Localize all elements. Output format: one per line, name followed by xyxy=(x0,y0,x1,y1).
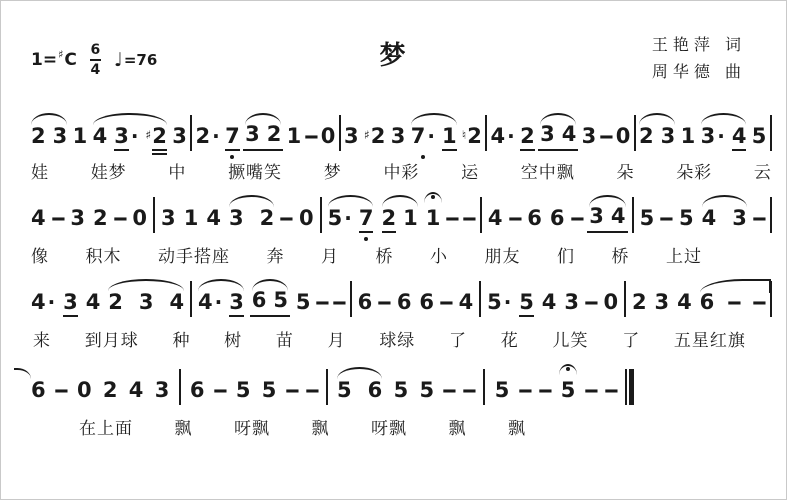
beam-group: 0 xyxy=(602,292,621,317)
beam-group: - xyxy=(463,208,476,233)
barline xyxy=(770,115,772,151)
note-item: 3 xyxy=(389,105,408,151)
note: 4 xyxy=(542,292,557,317)
note-item: 0 xyxy=(319,105,338,151)
note-glyph: 4 xyxy=(459,292,474,317)
note-glyph: 1 xyxy=(287,126,302,151)
lyric-syllable: 了 xyxy=(449,326,467,351)
note: - xyxy=(307,126,316,151)
note-item: 3 xyxy=(61,271,80,317)
note-glyph: - xyxy=(461,208,478,233)
note-item: - xyxy=(286,359,299,405)
note: ♯2 xyxy=(145,126,166,151)
lyric-syllable: 们 xyxy=(557,242,575,267)
note: - xyxy=(288,380,297,405)
note-glyph: 5 xyxy=(679,208,694,233)
note-item: - xyxy=(55,359,68,405)
beam-group: 3 xyxy=(170,126,189,151)
note: - xyxy=(442,292,451,317)
note-glyph: 4 xyxy=(702,208,717,233)
beam-group: 1 xyxy=(424,208,443,233)
note: 4 xyxy=(702,208,717,233)
note: 5 xyxy=(296,292,311,317)
note-glyph: 5 xyxy=(640,208,655,233)
note-item: - xyxy=(509,187,522,233)
note-item: 1 xyxy=(182,187,201,233)
note-glyph: 0 xyxy=(616,126,631,151)
beam-group: - xyxy=(52,208,65,233)
beam-group: 3·4 xyxy=(699,126,749,151)
note-item: 6 xyxy=(188,359,207,405)
note-glyph: 2 xyxy=(93,208,108,233)
note-glyph: - xyxy=(303,126,320,151)
note: 0 xyxy=(604,292,619,317)
augmentation-dot: · xyxy=(131,126,139,146)
note-glyph: - xyxy=(284,380,301,405)
note: - xyxy=(57,380,66,405)
note-group: 5·7 xyxy=(326,187,376,233)
beam-group: 3 xyxy=(580,126,599,151)
barline xyxy=(479,281,481,317)
beam-group: - xyxy=(600,126,613,151)
note-glyph: - xyxy=(376,292,393,317)
note-glyph: 5 xyxy=(561,380,576,405)
beam-group: 5 xyxy=(750,126,769,151)
lyric-syllable: 月 xyxy=(328,326,346,351)
note-glyph: 1 xyxy=(442,126,457,151)
note: 5 xyxy=(394,380,409,405)
note-glyph: 2 xyxy=(520,126,535,151)
beam-group: - xyxy=(114,208,127,233)
beam-group: - xyxy=(306,380,319,405)
note-glyph: 3 xyxy=(53,126,68,151)
note: - xyxy=(308,380,317,405)
notation-line-4: 6-02436-55--5655--5--5-- xyxy=(29,353,634,405)
note-group: 43 xyxy=(700,187,749,233)
beam-group: - xyxy=(605,380,618,405)
note-item: - xyxy=(316,271,329,317)
note: 4 xyxy=(86,292,101,317)
note-glyph: 3 xyxy=(70,208,85,233)
note-glyph: - xyxy=(315,292,332,317)
beam-group: 3 xyxy=(159,208,178,233)
note-glyph: - xyxy=(751,292,768,317)
lyric-syllable: 儿笑 xyxy=(552,326,588,351)
beam-group: 2 xyxy=(101,380,120,405)
note: 3 xyxy=(564,292,579,317)
note-item: 4· xyxy=(489,105,517,151)
beam-group: 5·7 xyxy=(326,208,376,233)
composer-credit: 周华德 曲 xyxy=(652,58,746,85)
note-item: 3 xyxy=(68,187,87,233)
note-item: - xyxy=(52,187,65,233)
lyric-syllable: 了 xyxy=(622,326,640,351)
note: - xyxy=(448,208,457,233)
note-glyph: 3 xyxy=(582,126,597,151)
lyric-syllable: 来 xyxy=(33,326,51,351)
beam-group: 34 xyxy=(587,206,627,233)
note-glyph: - xyxy=(537,380,554,405)
note-group: 32 xyxy=(227,187,276,233)
note-glyph: - xyxy=(112,208,129,233)
lyric-syllable: 中彩 xyxy=(383,158,419,183)
note: 1 xyxy=(442,126,457,151)
note: - xyxy=(318,292,327,317)
beam-group: 1 xyxy=(285,126,304,151)
note: 1 xyxy=(426,208,441,233)
note-item: - xyxy=(463,187,476,233)
lyric-syllable: 苗 xyxy=(276,326,294,351)
note: 3 xyxy=(582,126,597,151)
note-item: - xyxy=(571,187,584,233)
lyric-syllable: 空中飘 xyxy=(521,158,575,183)
beam-group: 6 xyxy=(417,292,436,317)
note-item: - xyxy=(753,187,766,233)
note-glyph: 2 xyxy=(152,126,167,151)
beam-group: - xyxy=(519,380,532,405)
note-glyph: 3 xyxy=(114,126,129,151)
note-glyph: 1 xyxy=(681,126,696,151)
beam-group: 0 xyxy=(130,208,149,233)
note: 5 xyxy=(679,208,694,233)
note-glyph: 6 xyxy=(358,292,373,317)
lyric-syllable: 积木 xyxy=(86,242,122,267)
note-item: 3 xyxy=(562,271,581,317)
beam-group: 6 xyxy=(29,380,48,405)
note: 1 xyxy=(287,126,302,151)
note: 3 xyxy=(391,126,406,151)
barline xyxy=(326,369,328,405)
note-item: 7 xyxy=(223,105,242,151)
note: 2 xyxy=(382,208,397,233)
note: 3 xyxy=(139,292,154,317)
lyric-syllable: 像 xyxy=(31,242,49,267)
beam-group: 56 xyxy=(335,380,384,405)
note-glyph: 6 xyxy=(527,208,542,233)
beam-group: 6 xyxy=(188,380,207,405)
note: 2 xyxy=(632,292,647,317)
note-glyph: 4 xyxy=(170,292,185,317)
note: 1 xyxy=(184,208,199,233)
note: 5 xyxy=(752,126,767,151)
note: 1 xyxy=(681,126,696,151)
note: 3 xyxy=(589,206,604,231)
note: 2 xyxy=(520,126,535,151)
note: - xyxy=(541,380,550,405)
beam-group: 6-- xyxy=(698,292,766,317)
note-item: 5 xyxy=(559,359,578,405)
note-glyph: 3 xyxy=(172,126,187,151)
note-item: 4 xyxy=(486,187,505,233)
note: 7 xyxy=(359,208,374,233)
note-item: 4 xyxy=(29,187,48,233)
lyric-syllable: 飘 xyxy=(449,414,467,439)
note-item: 6 xyxy=(29,359,48,405)
note-glyph: 4 xyxy=(129,380,144,405)
note-glyph: 2 xyxy=(467,126,482,151)
lyric-syllable: 在上面 xyxy=(79,414,133,439)
beam-group: - xyxy=(286,380,299,405)
lyric-syllable: 树 xyxy=(224,326,242,351)
notation-line-2: 4-32-031432-05·7211--4-66-345-543- xyxy=(29,181,772,233)
note-glyph: 6 xyxy=(419,292,434,317)
note-item: 6 xyxy=(417,271,436,317)
lyric-syllable: 上过 xyxy=(666,242,702,267)
beam-group: 1 xyxy=(182,208,201,233)
beam-group: 21 xyxy=(380,208,420,233)
note-glyph: - xyxy=(726,292,743,317)
note-item: - xyxy=(585,359,598,405)
barline xyxy=(350,281,352,317)
note: - xyxy=(521,380,530,405)
note-glyph: 2 xyxy=(196,126,211,151)
note: 3 xyxy=(344,126,359,151)
lyric-syllable: 花 xyxy=(501,326,519,351)
note-glyph: - xyxy=(507,208,524,233)
note-glyph: 3 xyxy=(732,208,747,233)
note: - xyxy=(573,208,582,233)
barline xyxy=(485,115,487,151)
note-glyph: 6 xyxy=(368,380,383,405)
beam-group: 3 xyxy=(389,126,408,151)
tie-in-icon xyxy=(14,368,31,379)
note-item: 0 xyxy=(297,187,316,233)
note-glyph: 2 xyxy=(267,124,282,149)
beam-group: 5 xyxy=(493,380,512,405)
beam-group: 1 xyxy=(679,126,698,151)
beam-group: 4 xyxy=(127,380,146,405)
note-glyph: 2 xyxy=(382,208,397,233)
note: 5· xyxy=(487,292,511,317)
note: 6 xyxy=(31,380,46,405)
beam-group: - xyxy=(378,292,391,317)
note: 4 xyxy=(459,292,474,317)
note-glyph: - xyxy=(438,292,455,317)
note-glyph: 6 xyxy=(190,380,205,405)
note-glyph: 5 xyxy=(273,290,288,315)
note-item: 4 xyxy=(127,359,146,405)
beam-group: 3 xyxy=(61,292,80,317)
note-item: 5 xyxy=(517,271,536,317)
note-glyph: 0 xyxy=(321,126,336,151)
note: 5 xyxy=(273,290,288,315)
note-glyph: 6 xyxy=(700,292,715,317)
note-group: 3·4 xyxy=(699,105,749,151)
note-item: 4 xyxy=(204,187,223,233)
beam-group: 6 xyxy=(395,292,414,317)
note-glyph: 1 xyxy=(426,208,441,233)
note-glyph: - xyxy=(569,208,586,233)
note-item: 4· xyxy=(29,271,57,317)
note: 1 xyxy=(403,208,418,233)
note-glyph: 2 xyxy=(108,292,123,317)
note-item: 2· xyxy=(194,105,222,151)
note-group: 56 xyxy=(335,359,384,405)
lyric-syllable: 飘 xyxy=(312,414,330,439)
note: 3 xyxy=(70,208,85,233)
note-glyph: 5 xyxy=(519,292,534,317)
note: 0 xyxy=(299,208,314,233)
beam-group: - xyxy=(660,208,673,233)
note-group: 21 xyxy=(380,187,420,233)
augmentation-dot: · xyxy=(717,126,725,146)
note-glyph: 7 xyxy=(411,126,426,151)
note-glyph: 4 xyxy=(611,206,626,231)
accidental-icon: ♯ xyxy=(145,129,151,141)
note-glyph: 3 xyxy=(161,208,176,233)
note-item: 0 xyxy=(130,187,149,233)
note-glyph: 3 xyxy=(391,126,406,151)
note: 6 xyxy=(550,208,565,233)
note-item: - xyxy=(519,359,532,405)
note-glyph: - xyxy=(583,292,600,317)
beam-group: - xyxy=(305,126,318,151)
note-glyph: - xyxy=(304,380,321,405)
accidental-icon: ♯ xyxy=(364,129,370,141)
note-glyph: 7 xyxy=(359,208,374,233)
barline xyxy=(339,115,341,151)
beam-group: 3 xyxy=(68,208,87,233)
lyric-syllable: 呀飘 xyxy=(234,414,270,439)
note: 2 xyxy=(31,126,46,151)
note: 4· xyxy=(31,292,55,317)
note: 2 xyxy=(267,124,282,149)
note: - xyxy=(445,380,454,405)
note: 2 xyxy=(639,126,654,151)
note-glyph: - xyxy=(598,126,615,151)
augmentation-dot: · xyxy=(48,292,56,312)
beam-group: 3 xyxy=(653,292,672,317)
note-glyph: 1 xyxy=(403,208,418,233)
note: 5 xyxy=(640,208,655,233)
note: 5 xyxy=(519,292,534,317)
note-item: 1 xyxy=(679,105,698,151)
beam-group: 2 xyxy=(518,126,537,151)
fermata-icon xyxy=(559,364,577,375)
note: ♯2 xyxy=(364,126,385,151)
note: 0 xyxy=(77,380,92,405)
note-glyph: 6 xyxy=(550,208,565,233)
note-glyph: 1 xyxy=(73,126,88,151)
beam-group: 4 xyxy=(540,292,559,317)
beam-group: 5 xyxy=(517,292,536,317)
beam-group: 4 xyxy=(29,208,48,233)
beam-group: 5 xyxy=(234,380,253,405)
note: 3 xyxy=(172,126,187,151)
note-group: 7·1 xyxy=(409,105,459,151)
augmentation-dot: · xyxy=(212,126,220,146)
note-glyph: - xyxy=(517,380,534,405)
note: 3 xyxy=(245,124,260,149)
note: - xyxy=(587,292,596,317)
note: 2 xyxy=(103,380,118,405)
note-glyph: 5 xyxy=(328,208,343,233)
lyric-syllable: 运 xyxy=(461,158,479,183)
beam-group: - xyxy=(316,292,329,317)
note-item: 1 xyxy=(285,105,304,151)
note: - xyxy=(380,292,389,317)
lyric-syllable: 娃梦 xyxy=(91,158,127,183)
lyric-syllable: 桥 xyxy=(612,242,630,267)
note: 3 xyxy=(229,292,244,317)
barline xyxy=(320,197,322,233)
lyric-syllable: 五星红旗 xyxy=(674,326,746,351)
beam-group: 32 xyxy=(227,208,276,233)
note-glyph: 5 xyxy=(752,126,767,151)
note: 3 xyxy=(63,292,78,317)
note: - xyxy=(511,208,520,233)
note-glyph: 3 xyxy=(564,292,579,317)
note-item: 5 xyxy=(294,271,313,317)
note-glyph: 5 xyxy=(495,380,510,405)
note-item: - xyxy=(539,359,552,405)
note-group: 234 xyxy=(106,271,186,317)
note: 3· xyxy=(114,126,138,151)
beam-group: 4· xyxy=(489,126,517,151)
barline xyxy=(624,281,626,317)
note-item: 3 xyxy=(580,105,599,151)
note-group: 23 xyxy=(637,105,677,151)
note: 6 xyxy=(527,208,542,233)
note-glyph: 4 xyxy=(488,208,503,233)
octave-dot xyxy=(364,237,368,241)
note-glyph: 3 xyxy=(344,126,359,151)
note-glyph: 0 xyxy=(299,208,314,233)
note-item: 4 xyxy=(457,271,476,317)
beam-group: 4 xyxy=(675,292,694,317)
note: 4 xyxy=(129,380,144,405)
note: - xyxy=(116,208,125,233)
note-item: - xyxy=(446,187,459,233)
note: - xyxy=(465,380,474,405)
beam-group: 4 xyxy=(204,208,223,233)
note-glyph: 0 xyxy=(132,208,147,233)
credits: 王艳萍 词 周华德 曲 xyxy=(652,31,746,85)
beam-group: 5 xyxy=(294,292,313,317)
note-glyph: - xyxy=(583,380,600,405)
note: - xyxy=(602,126,611,151)
note-item: - xyxy=(600,105,613,151)
beam-group: 2 xyxy=(630,292,649,317)
beam-group: 6 xyxy=(525,208,544,233)
note-item: - xyxy=(306,359,319,405)
note-glyph: - xyxy=(212,380,229,405)
note-item: - xyxy=(463,359,476,405)
beam-group: ♮2 xyxy=(460,126,484,151)
note-item: - xyxy=(214,359,227,405)
beam-group: 23 xyxy=(637,126,677,151)
note-glyph: 2 xyxy=(371,126,386,151)
note: - xyxy=(755,208,764,233)
note-glyph: 5 xyxy=(296,292,311,317)
note: - xyxy=(465,208,474,233)
note-glyph: 2 xyxy=(103,380,118,405)
beam-group: 5 xyxy=(392,380,411,405)
note-glyph: 4 xyxy=(732,126,747,151)
beam-group: 7 xyxy=(223,126,242,151)
note-group: 43·♯2 xyxy=(91,105,169,151)
notation-line-1: 23143·♯232·7321-03♯237·1♮24·2343-02313·4… xyxy=(29,99,772,151)
note-item: 4 xyxy=(84,271,103,317)
note-glyph: 4 xyxy=(677,292,692,317)
note: - xyxy=(587,380,596,405)
augmentation-dot: · xyxy=(504,292,512,312)
note-glyph: - xyxy=(462,380,479,405)
lyric-syllable: 撅嘴笑 xyxy=(228,158,282,183)
note-item: - xyxy=(305,105,318,151)
note: 4 xyxy=(677,292,692,317)
note-item: 5 xyxy=(234,359,253,405)
